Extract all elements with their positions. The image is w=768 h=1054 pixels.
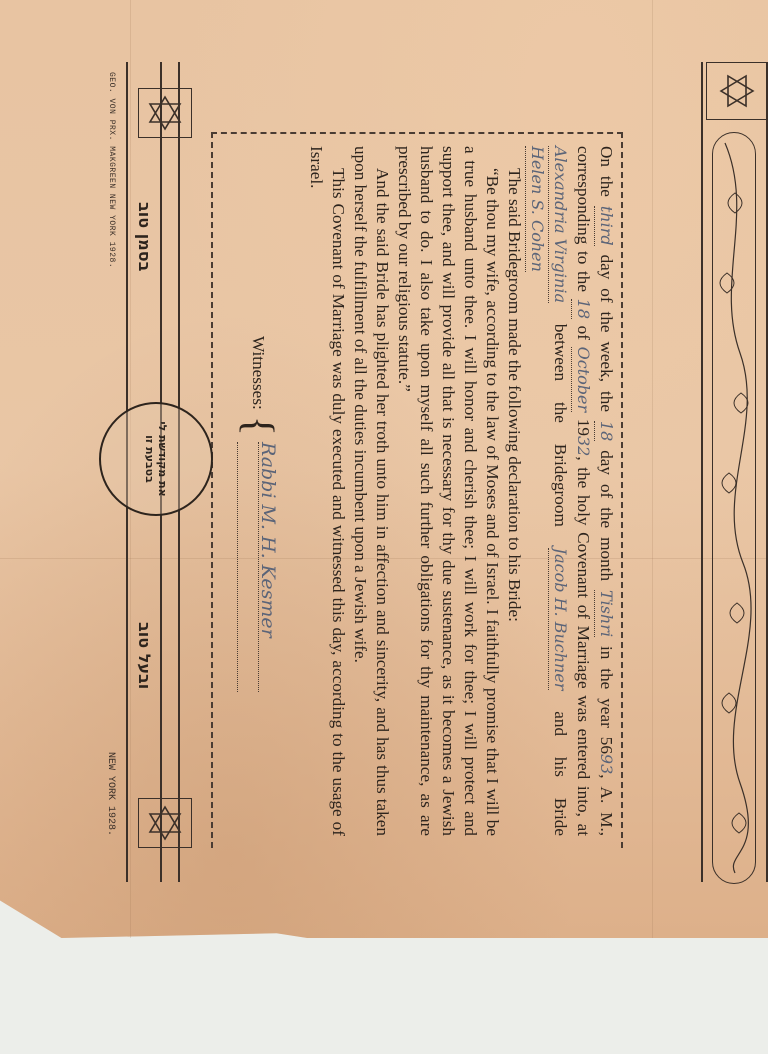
declaration-intro: The said Bridegroom made the following d… <box>503 146 525 836</box>
vine-ornament-top <box>712 132 756 884</box>
body-text: , the holy Covenant of Marriage was ente… <box>574 456 593 836</box>
bride-declaration: And the said Bride has plighted her trot… <box>349 146 393 836</box>
body-text: 19 <box>574 419 593 436</box>
printer-imprint: GEO. VON PRX. MAKGREEN NEW YORK 1928. <box>107 72 116 268</box>
body-text: in the year 56 <box>597 646 616 754</box>
body-text: On the <box>597 146 616 197</box>
body-text: and his Bride <box>551 711 570 836</box>
civil-year-field: 32 <box>574 436 593 456</box>
day-of-week-field: third <box>594 206 617 246</box>
star-of-david-icon <box>148 95 182 131</box>
frame-line <box>701 62 703 882</box>
place-field: Alexandria Virginia <box>548 146 571 303</box>
hebrew-inscription-right: בסמן טוב <box>135 202 154 271</box>
star-of-david-icon <box>148 805 182 841</box>
certificate-body: On the third day of the week, the 18 day… <box>211 132 623 848</box>
witnesses-section: Witnesses: { Rabbi M. H. Kesmer <box>237 336 279 836</box>
star-box-upper <box>138 88 192 138</box>
groom-declaration: “Be thou my wife, according to the law o… <box>393 146 503 836</box>
seal-text: את מקודשת לי בטבעת זו <box>143 419 169 499</box>
witnesses-label: Witnesses: <box>247 336 269 410</box>
body-text: day of the month <box>597 450 616 581</box>
civil-day-field: 18 <box>571 299 594 319</box>
body-text: day of the week, the <box>597 255 616 412</box>
witness-signature: Rabbi M. H. Kesmer <box>258 442 279 692</box>
star-box-top <box>706 62 768 120</box>
civil-month-field: October <box>571 347 594 413</box>
hebrew-inscription-left: ובעל טוב <box>135 622 154 689</box>
place-year-imprint: NEW YORK 1928. <box>105 752 116 836</box>
vine-icon <box>713 133 755 883</box>
execution-statement: This Covenant of Marriage was duly execu… <box>305 146 349 836</box>
day-of-month-field: 18 <box>594 421 617 441</box>
star-of-david-icon <box>719 74 755 108</box>
brace-icon: { <box>238 416 278 436</box>
body-text: between the Bridegroom <box>551 324 570 527</box>
bride-name-field: Helen S. Cohen <box>525 146 548 272</box>
hebrew-year-field: 93 <box>597 754 616 774</box>
groom-name-field: Jacob H. Buchner <box>548 548 571 691</box>
ketubah-document: On the third day of the week, the 18 day… <box>100 62 768 882</box>
hebrew-month-field: Tishri <box>594 590 617 637</box>
seal-hand-ring-icon: את מקודשת לי בטבעת זו <box>99 402 213 516</box>
witness-line-2 <box>237 442 258 692</box>
star-box-lower <box>138 798 192 848</box>
body-text: of <box>574 326 593 340</box>
